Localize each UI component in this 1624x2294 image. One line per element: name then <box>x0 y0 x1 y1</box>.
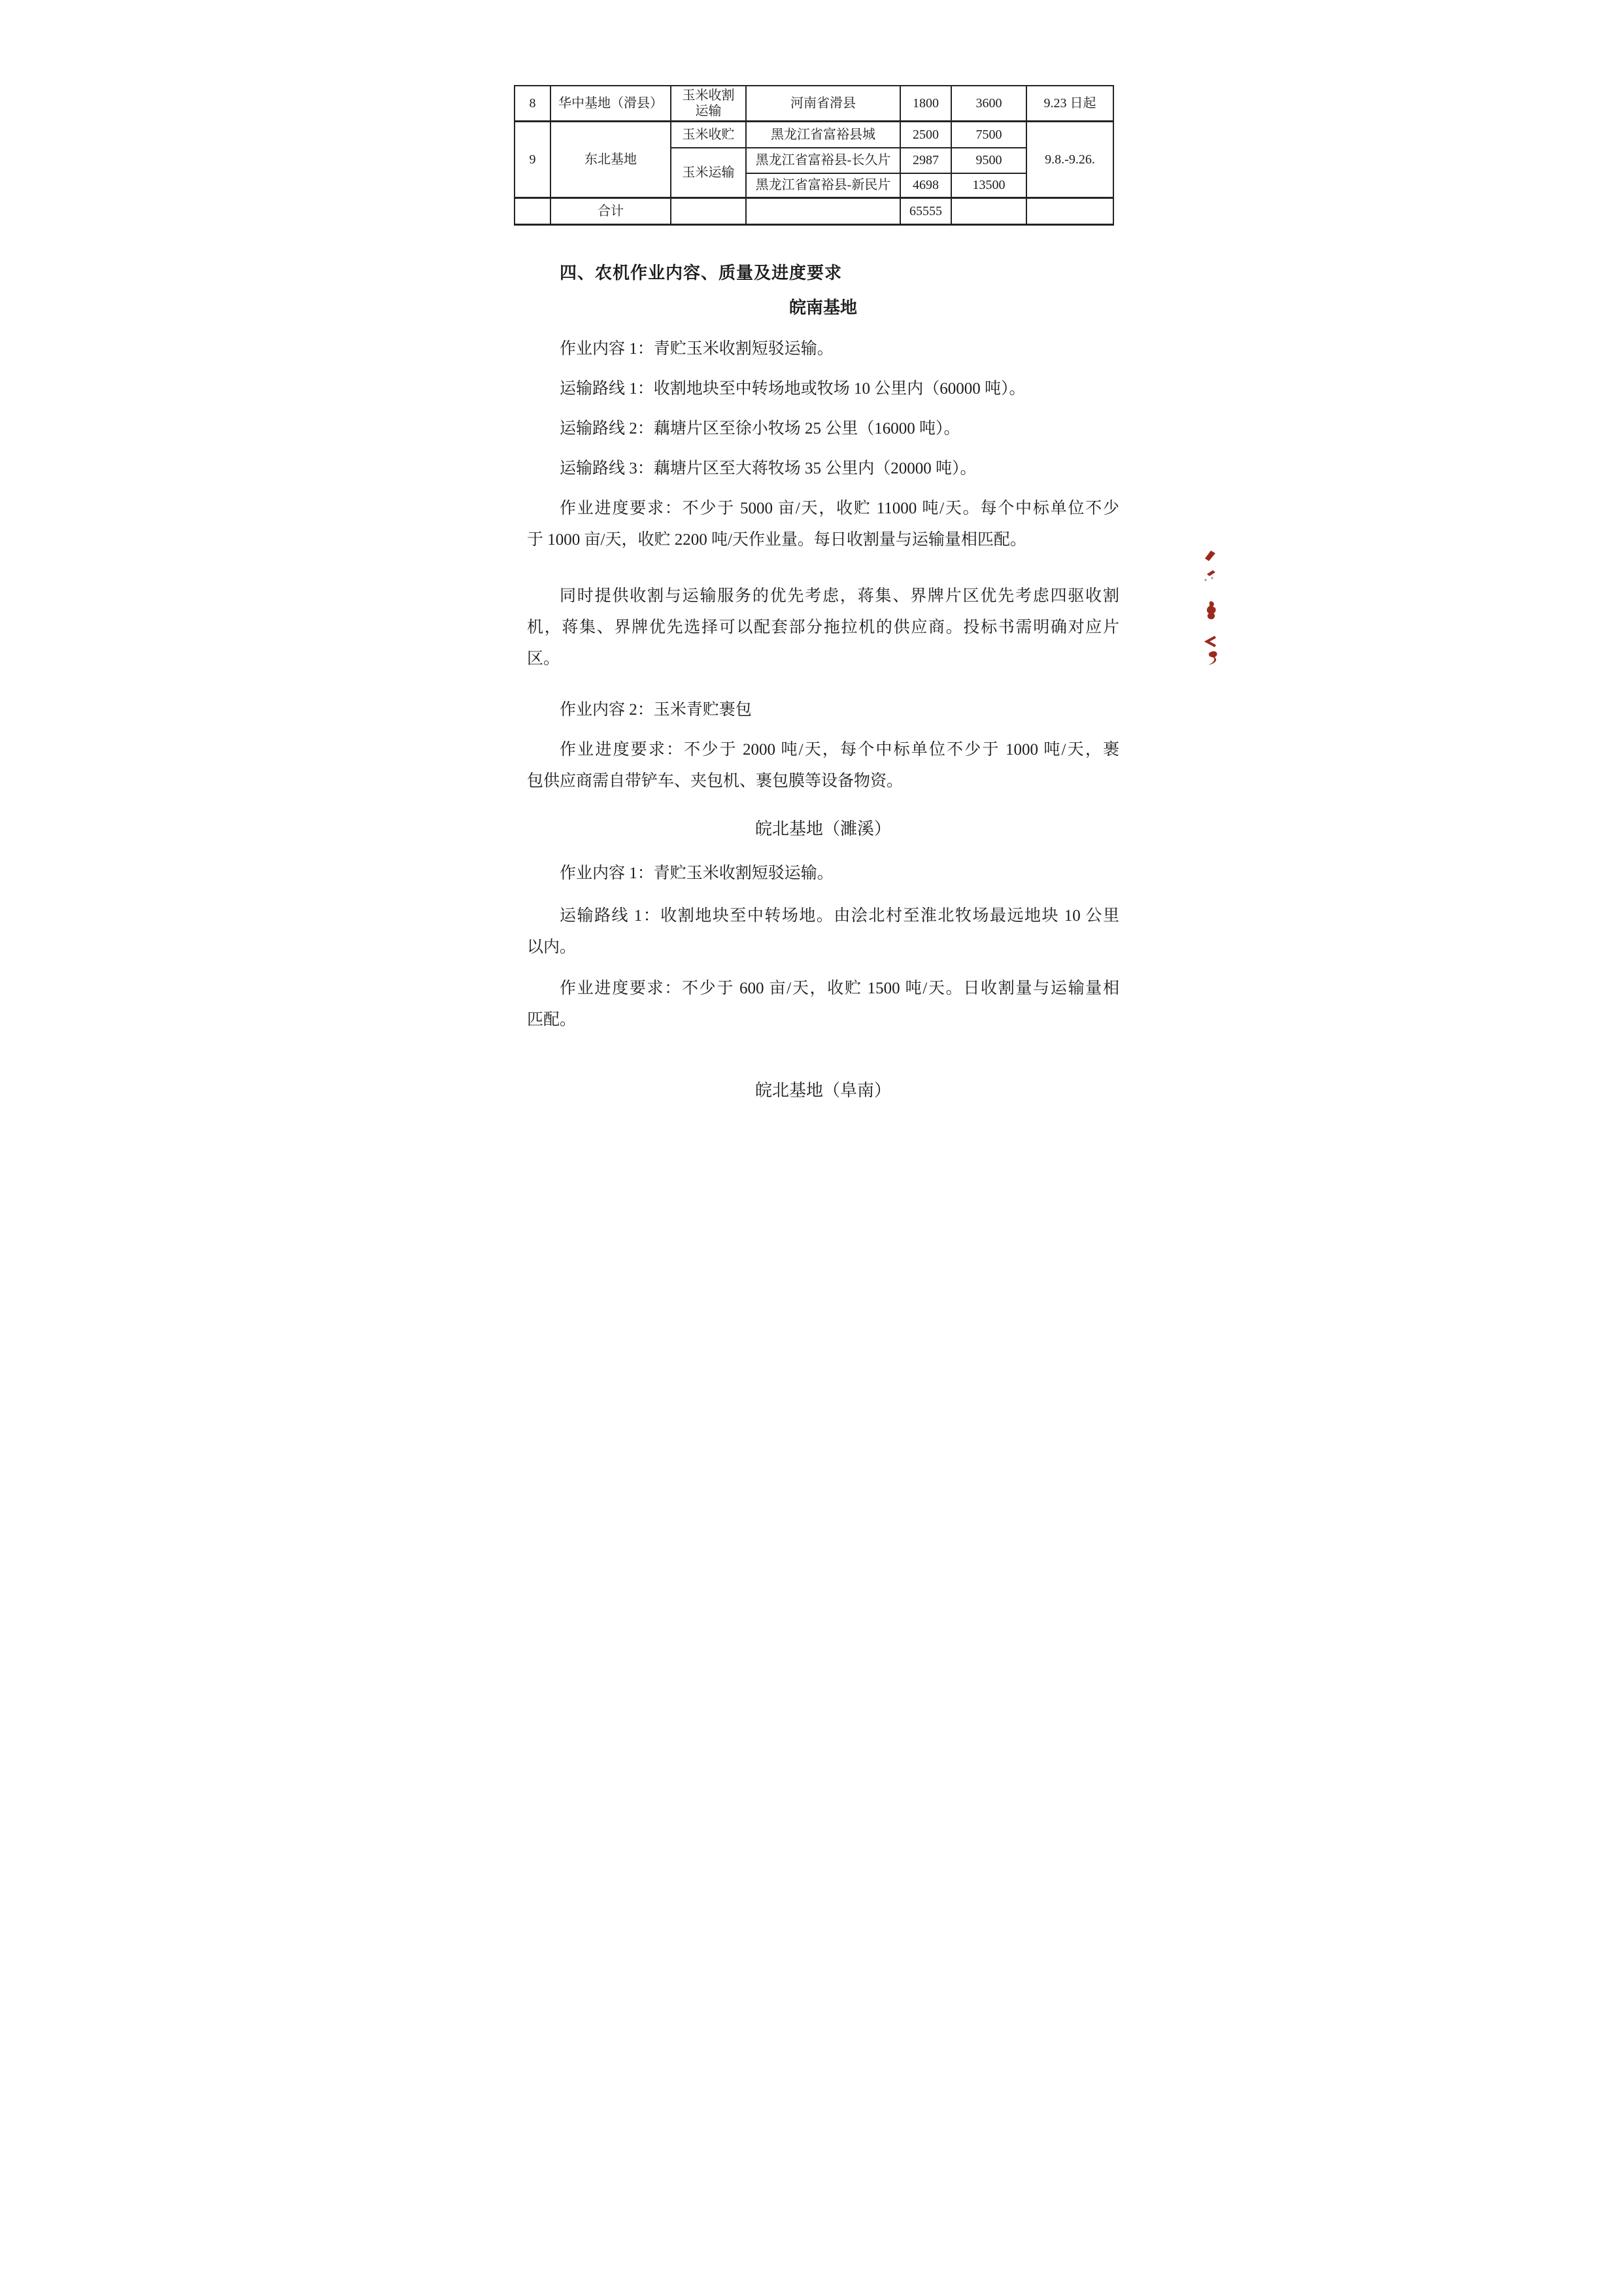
text-line: 区。 <box>527 643 1119 675</box>
cell-row8-area: 1800 <box>900 86 951 122</box>
subsection-title-suixi: 皖北基地（濉溪） <box>527 817 1119 842</box>
text-line: 包供应商需自带铲车、夹包机、裹包膜等设备物资。 <box>527 766 1119 797</box>
red-ink-marks <box>1203 549 1217 668</box>
cell-row8-schedule: 9.23 日起 <box>1026 86 1113 122</box>
section-heading: 四、农机作业内容、质量及进度要求 <box>527 261 1120 286</box>
text-line: 作业进度要求：不少于 2000 吨/天，每个中标单位不少于 1000 吨/天，裹 <box>527 734 1119 766</box>
text-line: 作业进度要求：不少于 5000 亩/天，收贮 11000 吨/天。每个中标单位不… <box>527 493 1119 524</box>
document-page: 8 华中基地（滑县） 玉米收割运输 河南省滑县 1800 3600 9.23 日… <box>406 0 1218 1147</box>
table-total-row: 合计 65555 <box>515 198 1113 225</box>
cell-row9-tonnage-2: 9500 <box>951 148 1026 173</box>
cell-total-empty-schedule <box>1026 198 1113 225</box>
cell-row9-location-1: 黑龙江省富裕县城 <box>746 122 900 148</box>
text-line: 作业内容 1：青贮玉米收割短驳运输。 <box>527 334 1119 365</box>
paragraph: 运输路线 2：藕塘片区至徐小牧场 25 公里（16000 吨）。 <box>527 413 1120 445</box>
cell-row9-tonnage-3: 13500 <box>951 173 1026 198</box>
paragraph: 运输路线 1：收割地块至中转场地。由浍北村至淮北牧场最远地块 10 公里 以内。 <box>527 900 1120 963</box>
paragraph: 同时提供收割与运输服务的优先考虑，蒋集、界牌片区优先考虑四驱收割 机，蒋集、界牌… <box>527 581 1120 675</box>
paragraph: 作业内容 1：青贮玉米收割短驳运输。 <box>527 858 1120 889</box>
paragraph: 作业内容 1：青贮玉米收割短驳运输。 <box>527 334 1120 365</box>
cell-row9-area-2: 2987 <box>900 148 951 173</box>
paragraph: 作业进度要求：不少于 5000 亩/天，收贮 11000 吨/天。每个中标单位不… <box>527 493 1120 556</box>
text-line: 同时提供收割与运输服务的优先考虑，蒋集、界牌片区优先考虑四驱收割 <box>527 581 1119 612</box>
red-ink-chevron-icon <box>1207 637 1215 646</box>
cell-row9-base: 东北基地 <box>550 122 671 198</box>
document-body: 四、农机作业内容、质量及进度要求 皖南基地 作业内容 1：青贮玉米收割短驳运输。… <box>406 261 1218 1103</box>
cell-row9-tonnage-1: 7500 <box>951 122 1026 148</box>
cell-total-empty-tonnage <box>951 198 1026 225</box>
cell-total-empty-num <box>515 198 550 225</box>
text-line: 作业内容 2：玉米青贮裹包 <box>527 694 1119 726</box>
cell-row8-tonnage: 3600 <box>951 86 1026 122</box>
table-row: 8 华中基地（滑县） 玉米收割运输 河南省滑县 1800 3600 9.23 日… <box>515 86 1113 122</box>
text-line: 运输路线 3：藕塘片区至大蒋牧场 35 公里内（20000 吨）。 <box>527 453 1119 485</box>
paragraph: 运输路线 1：收割地块至中转场地或牧场 10 公里内（60000 吨）。 <box>527 373 1120 405</box>
cell-row8-num: 8 <box>515 86 550 122</box>
paragraph: 作业进度要求：不少于 600 亩/天，收贮 1500 吨/天。日收割量与运输量相… <box>527 973 1120 1036</box>
text-line: 机，蒋集、界牌优先选择可以配套部分拖拉机的供应商。投标书需明确对应片 <box>527 612 1119 643</box>
text-line: 作业内容 1：青贮玉米收割短驳运输。 <box>527 858 1119 889</box>
red-ink-cluster-icon <box>1207 602 1216 619</box>
paragraph: 作业内容 2：玉米青贮裹包 <box>527 694 1120 726</box>
text-line: 匹配。 <box>527 1004 1119 1036</box>
text-line: 运输路线 1：收割地块至中转场地。由浍北村至淮北牧场最远地块 10 公里 <box>527 900 1119 932</box>
cell-row8-location: 河南省滑县 <box>746 86 900 122</box>
cell-total-label: 合计 <box>550 198 671 225</box>
cell-row9-area-1: 2500 <box>900 122 951 148</box>
text-line: 于 1000 亩/天，收贮 2200 吨/天作业量。每日收割量与运输量相匹配。 <box>527 524 1119 556</box>
cell-row9-num: 9 <box>515 122 550 198</box>
text-line: 作业进度要求：不少于 600 亩/天，收贮 1500 吨/天。日收割量与运输量相 <box>527 973 1119 1004</box>
cell-row9-location-3: 黑龙江省富裕县-新民片 <box>746 173 900 198</box>
text-line: 以内。 <box>527 932 1119 963</box>
cell-row9-area-3: 4698 <box>900 173 951 198</box>
cell-total-empty-location <box>746 198 900 225</box>
cell-row9-schedule: 9.8.-9.26. <box>1026 122 1113 198</box>
red-ink-curl-icon <box>1208 651 1217 665</box>
gray-speck-icon <box>1211 577 1213 579</box>
red-ink-blob-icon <box>1205 551 1215 561</box>
cell-row9-task-2: 玉米运输 <box>671 148 746 198</box>
subsection-title-wannan: 皖南基地 <box>527 296 1119 320</box>
cell-row8-task: 玉米收割运输 <box>671 86 746 122</box>
gray-speck-icon <box>1204 579 1206 581</box>
cell-row9-task-1: 玉米收贮 <box>671 122 746 148</box>
text-line: 运输路线 1：收割地块至中转场地或牧场 10 公里内（60000 吨）。 <box>527 373 1119 405</box>
operations-schedule-table: 8 华中基地（滑县） 玉米收割运输 河南省滑县 1800 3600 9.23 日… <box>514 85 1114 226</box>
cell-total-empty-task <box>671 198 746 225</box>
red-ink-dash-icon <box>1207 570 1215 576</box>
table-row: 9 东北基地 玉米收贮 黑龙江省富裕县城 2500 7500 9.8.-9.26… <box>515 122 1113 148</box>
cell-total-area: 65555 <box>900 198 951 225</box>
paragraph: 运输路线 3：藕塘片区至大蒋牧场 35 公里内（20000 吨）。 <box>527 453 1120 485</box>
subsection-title-funan: 皖北基地（阜南） <box>527 1078 1119 1103</box>
cell-row8-base: 华中基地（滑县） <box>550 86 671 122</box>
cell-row9-location-2: 黑龙江省富裕县-长久片 <box>746 148 900 173</box>
text-line: 运输路线 2：藕塘片区至徐小牧场 25 公里（16000 吨）。 <box>527 413 1119 445</box>
paragraph: 作业进度要求：不少于 2000 吨/天，每个中标单位不少于 1000 吨/天，裹… <box>527 734 1120 797</box>
